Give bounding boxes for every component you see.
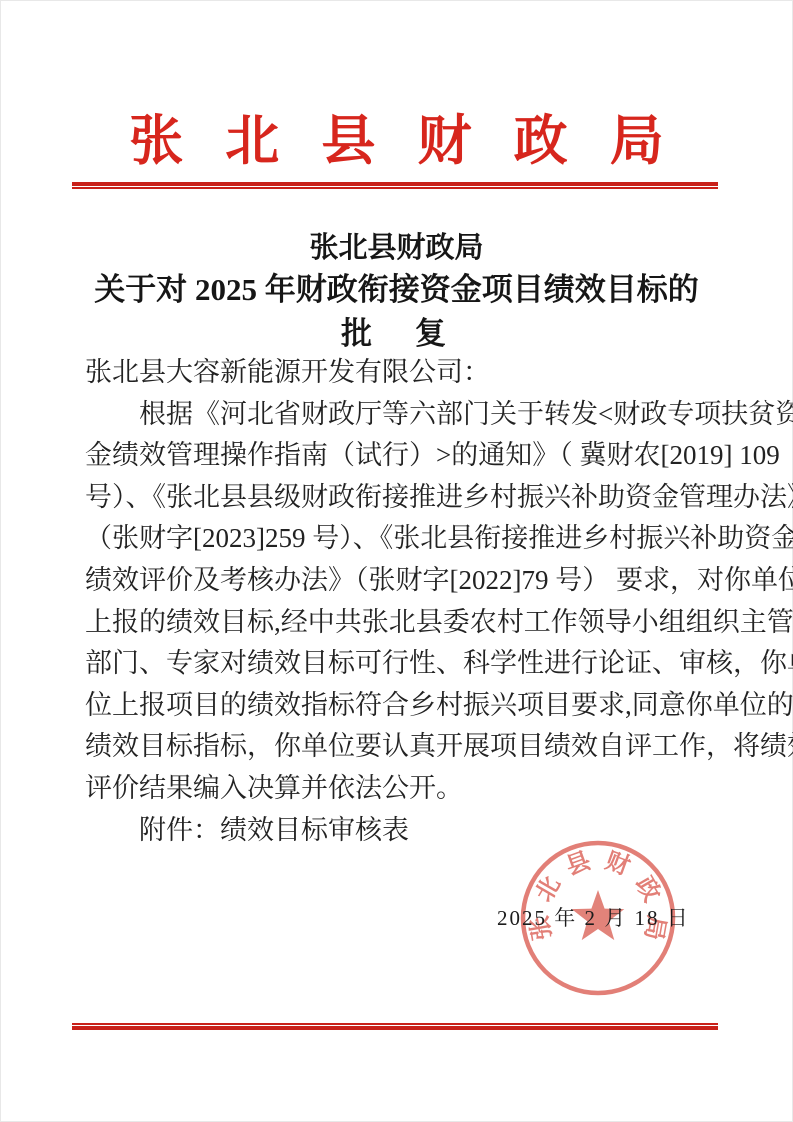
agency-letterhead: 张北县财政局 (0, 98, 793, 175)
document-date: 2025 年 2 月 18 日 (497, 902, 690, 932)
seal-char: 县 (562, 847, 594, 881)
body-line: 上报的绩效目标,经中共张北县委农村工作领导小组组织主管 (85, 602, 711, 644)
body-line: 金绩效管理操作指南（试行）>的通知》（ 冀财农[2019] 109 (85, 435, 711, 477)
body-line: 评价结果编入决算并依法公开。 (85, 768, 711, 810)
body-line: 绩效目标指标，你单位要认真开展项目绩效自评工作，将绩效 (85, 726, 711, 768)
body-line: （张财字[2023]259 号）、《张北县衔接推进乡村振兴补助资金 (85, 518, 711, 560)
document-title: 张北县财政局 关于对 2025 年财政衔接资金项目绩效目标的 批 复 (0, 228, 793, 356)
body-line: 根据《河北省财政厅等六部门关于转发<财政专项扶贫资 (85, 394, 711, 436)
title-line-3: 批 复 (0, 312, 793, 356)
body-line: 部门、专家对绩效目标可行性、科学性进行论证、审核，你单 (85, 643, 711, 685)
header-red-rule (72, 182, 718, 189)
title-line-1: 张北县财政局 (0, 228, 793, 268)
body-line: 位上报项目的绩效指标符合乡村振兴项目要求,同意你单位的 (85, 685, 711, 727)
letter-body: 张北县大容新能源开发有限公司： 根据《河北省财政厅等六部门关于转发<财政专项扶贫… (85, 352, 711, 851)
body-line: 张北县大容新能源开发有限公司： (85, 352, 711, 394)
footer-red-rule (72, 1023, 718, 1030)
document-page: 张北县财政局 张北县财政局 关于对 2025 年财政衔接资金项目绩效目标的 批 … (0, 0, 793, 1122)
body-line: 号）、《张北县县级财政衔接推进乡村振兴补助资金管理办法》 (85, 477, 711, 519)
seal-char: 财 (602, 847, 634, 881)
title-line-2: 关于对 2025 年财政衔接资金项目绩效目标的 (0, 268, 793, 312)
body-line: 绩效评价及考核办法》（张财字[2022]79 号） 要求，对你单位 (85, 560, 711, 602)
